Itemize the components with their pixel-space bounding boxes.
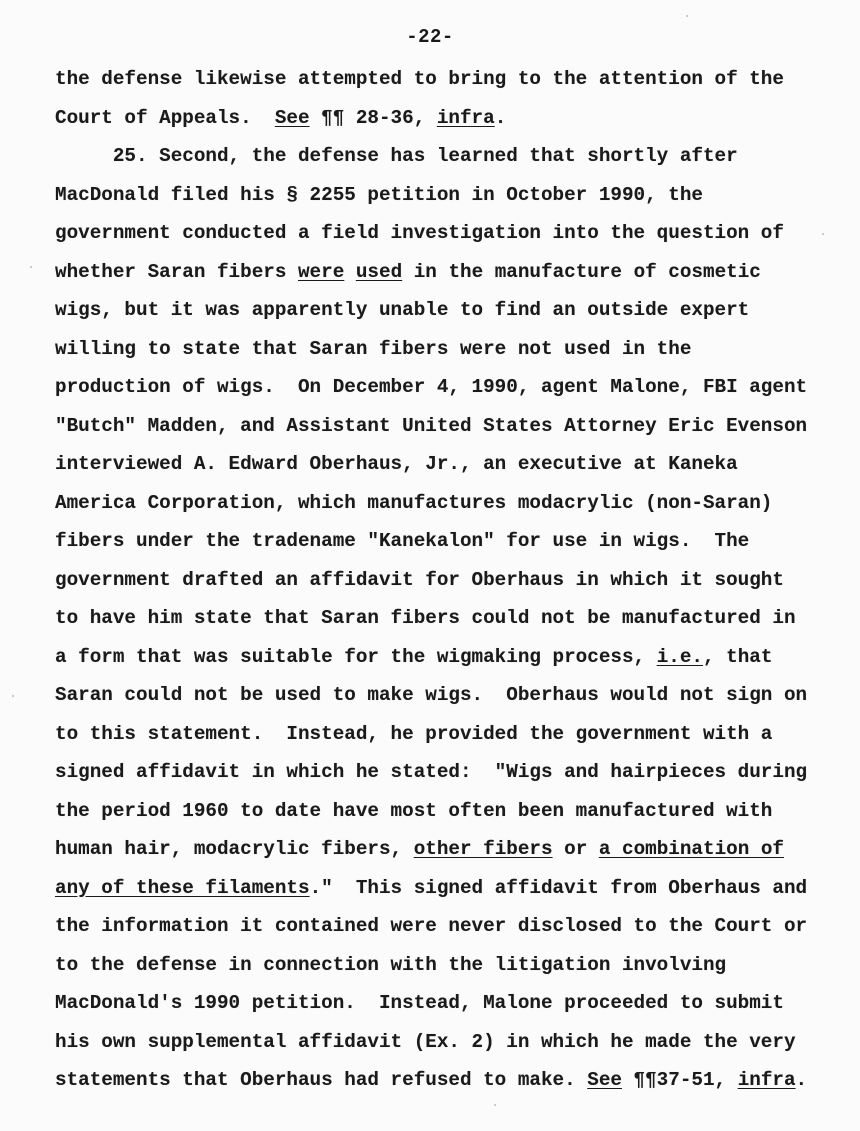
text-run: willing to state that Saran fibers were … bbox=[55, 338, 691, 360]
text-run: to have him state that Saran fibers coul… bbox=[55, 607, 796, 629]
text-run: ¶¶37-51, bbox=[622, 1069, 738, 1091]
underlined-text: infra bbox=[738, 1069, 796, 1091]
text-run: . bbox=[495, 107, 507, 129]
text-run: MacDonald's 1990 petition. Instead, Malo… bbox=[55, 992, 784, 1014]
text-run: , that bbox=[703, 646, 772, 668]
text-run: or bbox=[553, 838, 599, 860]
text-line: the information it contained were never … bbox=[55, 907, 845, 946]
text-run: to this statement. Instead, he provided … bbox=[55, 723, 772, 745]
underlined-text: were bbox=[298, 261, 344, 283]
text-line: "Butch" Madden, and Assistant United Sta… bbox=[55, 407, 845, 446]
text-line: a form that was suitable for the wigmaki… bbox=[55, 638, 845, 677]
text-line: fibers under the tradename "Kanekalon" f… bbox=[55, 522, 845, 561]
text-run: a form that was suitable for the wigmaki… bbox=[55, 646, 657, 668]
text-run: the defense likewise attempted to bring … bbox=[55, 68, 784, 90]
underlined-text: a combination of bbox=[599, 838, 784, 860]
text-line: the defense likewise attempted to bring … bbox=[55, 60, 845, 99]
scan-speck bbox=[822, 233, 824, 235]
text-run: Saran could not be used to make wigs. Ob… bbox=[55, 684, 807, 706]
text-run: whether Saran fibers bbox=[55, 261, 298, 283]
text-line: interviewed A. Edward Oberhaus, Jr., an … bbox=[55, 445, 845, 484]
text-run: 25. Second, the defense has learned that… bbox=[55, 145, 738, 167]
underlined-text: other fibers bbox=[414, 838, 553, 860]
text-run: production of wigs. On December 4, 1990,… bbox=[55, 376, 807, 398]
document-body: the defense likewise attempted to bring … bbox=[55, 60, 845, 1100]
text-run: MacDonald filed his § 2255 petition in O… bbox=[55, 184, 703, 206]
text-run: Court of Appeals. bbox=[55, 107, 275, 129]
text-line: whether Saran fibers were used in the ma… bbox=[55, 253, 845, 292]
text-run bbox=[344, 261, 356, 283]
underlined-text: any of these filaments bbox=[55, 877, 310, 899]
text-run: "Butch" Madden, and Assistant United Sta… bbox=[55, 415, 807, 437]
text-run: statements that Oberhaus had refused to … bbox=[55, 1069, 587, 1091]
text-run: ¶¶ 28-36, bbox=[310, 107, 437, 129]
text-line: signed affidavit in which he stated: "Wi… bbox=[55, 753, 845, 792]
scan-speck bbox=[494, 1104, 496, 1106]
text-line: government conducted a field investigati… bbox=[55, 214, 845, 253]
text-line: willing to state that Saran fibers were … bbox=[55, 330, 845, 369]
underlined-text: See bbox=[275, 107, 310, 129]
text-line: the period 1960 to date have most often … bbox=[55, 792, 845, 831]
text-run: the information it contained were never … bbox=[55, 915, 807, 937]
text-line: America Corporation, which manufactures … bbox=[55, 484, 845, 523]
text-run: government drafted an affidavit for Ober… bbox=[55, 569, 784, 591]
text-line: 25. Second, the defense has learned that… bbox=[55, 137, 845, 176]
underlined-text: i.e. bbox=[657, 646, 703, 668]
text-line: Court of Appeals. See ¶¶ 28-36, infra. bbox=[55, 99, 845, 138]
text-run: . bbox=[796, 1069, 808, 1091]
text-run: fibers under the tradename "Kanekalon" f… bbox=[55, 530, 749, 552]
scan-speck bbox=[30, 266, 32, 268]
page-number: -22- bbox=[0, 26, 860, 48]
text-line: any of these filaments." This signed aff… bbox=[55, 869, 845, 908]
text-run: signed affidavit in which he stated: "Wi… bbox=[55, 761, 807, 783]
text-line: to have him state that Saran fibers coul… bbox=[55, 599, 845, 638]
text-line: to this statement. Instead, he provided … bbox=[55, 715, 845, 754]
scan-speck bbox=[686, 15, 688, 17]
text-run: in the manufacture of cosmetic bbox=[402, 261, 761, 283]
text-run: America Corporation, which manufactures … bbox=[55, 492, 772, 514]
text-run: to the defense in connection with the li… bbox=[55, 954, 726, 976]
text-line: his own supplemental affidavit (Ex. 2) i… bbox=[55, 1023, 845, 1062]
text-line: human hair, modacrylic fibers, other fib… bbox=[55, 830, 845, 869]
text-line: production of wigs. On December 4, 1990,… bbox=[55, 368, 845, 407]
text-run: interviewed A. Edward Oberhaus, Jr., an … bbox=[55, 453, 738, 475]
text-run: his own supplemental affidavit (Ex. 2) i… bbox=[55, 1031, 796, 1053]
text-run: government conducted a field investigati… bbox=[55, 222, 784, 244]
underlined-text: infra bbox=[437, 107, 495, 129]
text-line: wigs, but it was apparently unable to fi… bbox=[55, 291, 845, 330]
text-line: to the defense in connection with the li… bbox=[55, 946, 845, 985]
text-line: MacDonald filed his § 2255 petition in O… bbox=[55, 176, 845, 215]
text-line: statements that Oberhaus had refused to … bbox=[55, 1061, 845, 1100]
text-run: the period 1960 to date have most often … bbox=[55, 800, 772, 822]
text-line: Saran could not be used to make wigs. Ob… bbox=[55, 676, 845, 715]
underlined-text: used bbox=[356, 261, 402, 283]
text-line: MacDonald's 1990 petition. Instead, Malo… bbox=[55, 984, 845, 1023]
scan-speck bbox=[12, 695, 14, 697]
underlined-text: See bbox=[587, 1069, 622, 1091]
text-line: government drafted an affidavit for Ober… bbox=[55, 561, 845, 600]
text-run: wigs, but it was apparently unable to fi… bbox=[55, 299, 749, 321]
text-run: ." This signed affidavit from Oberhaus a… bbox=[310, 877, 808, 899]
text-run: human hair, modacrylic fibers, bbox=[55, 838, 414, 860]
